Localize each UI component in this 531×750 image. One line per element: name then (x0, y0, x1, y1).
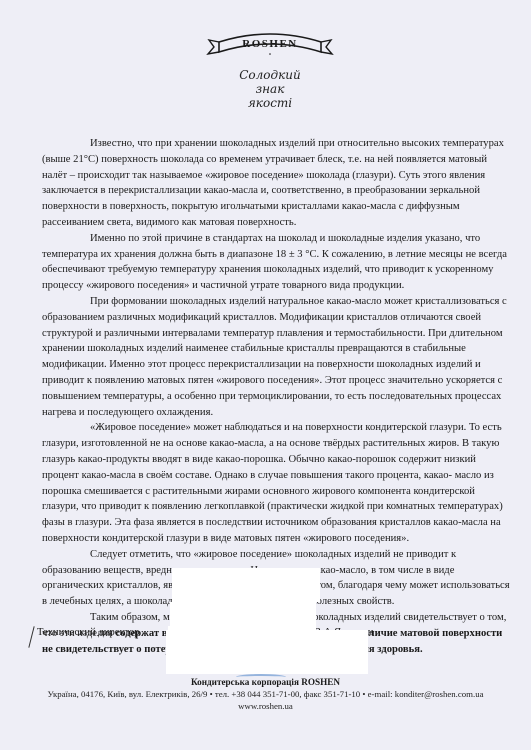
slogan-line: якості (205, 96, 335, 110)
slogan-line: Солодкий (205, 68, 335, 82)
slogan: Солодкий знак якості (205, 68, 335, 110)
paragraph: Именно по этой причине в стандартах на ш… (42, 231, 510, 294)
letter-page: ROSHEN Солодкий знак якості Известно, чт… (0, 0, 531, 750)
stamp-redaction (166, 630, 368, 674)
footer-company: Кондитерська корпорація ROSHEN (0, 676, 531, 688)
footer-website: www.roshen.ua (0, 700, 531, 712)
slogan-line: знак (205, 82, 335, 96)
paragraph: Известно, что при хранении шоколадных из… (42, 136, 510, 231)
pen-stroke (28, 626, 34, 648)
roshen-logo: ROSHEN Солодкий знак якості (205, 28, 335, 128)
brand-name: ROSHEN (205, 38, 335, 50)
redaction-block (172, 568, 320, 602)
letterhead-footer: Кондитерська корпорація ROSHEN Україна, … (0, 676, 531, 712)
paragraph: «Жировое поседение» может наблюдаться и … (42, 420, 510, 546)
signatory-title: Технический директор (37, 626, 140, 640)
footer-address: Україна, 04176, Київ, вул. Електриків, 2… (0, 688, 531, 700)
redaction-block (170, 602, 316, 628)
paragraph: При формовании шоколадных изделий натура… (42, 294, 510, 420)
